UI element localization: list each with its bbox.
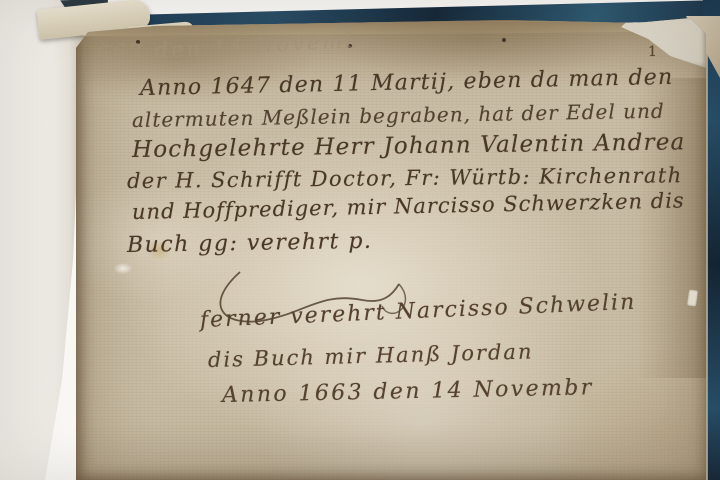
inscription-1663-line-3: Anno 1663 den 14 Novembr [222, 375, 594, 408]
photo-of-open-book: 663 den 14 Novemb Anno 1647 den 11 Marti… [0, 0, 720, 480]
stain-bottom-right [546, 348, 706, 480]
ink-speck [502, 38, 506, 42]
inscription-1647-line-3: Hochgelehrte Herr Johann Valentin Andrea [132, 129, 686, 163]
inscription-1663-line-2: dis Buch mir Hanß Jordan [208, 339, 534, 372]
torn-top-right-corner [621, 18, 706, 68]
abrasion-spot [114, 263, 132, 274]
inscription-1647-line-2: altermuten Meßlein begraben, hat der Ede… [132, 99, 665, 132]
paper-chip [687, 289, 698, 306]
manuscript-page: 663 den 14 Novemb Anno 1647 den 11 Marti… [76, 18, 706, 480]
inscription-1647-line-4: der H. Schrifft Doctor, Fr: Würtb: Kirch… [127, 163, 683, 193]
inscription-1647-line-6: Buch gg: verehrt p. [127, 229, 373, 258]
inscription-1647-line-1: Anno 1647 den 11 Martij, eben da man den [140, 65, 674, 101]
inscription-1647-line-5: und Hoffprediger, mir Narcisso Schwerzke… [132, 188, 685, 224]
page-number: 1 [648, 44, 657, 60]
